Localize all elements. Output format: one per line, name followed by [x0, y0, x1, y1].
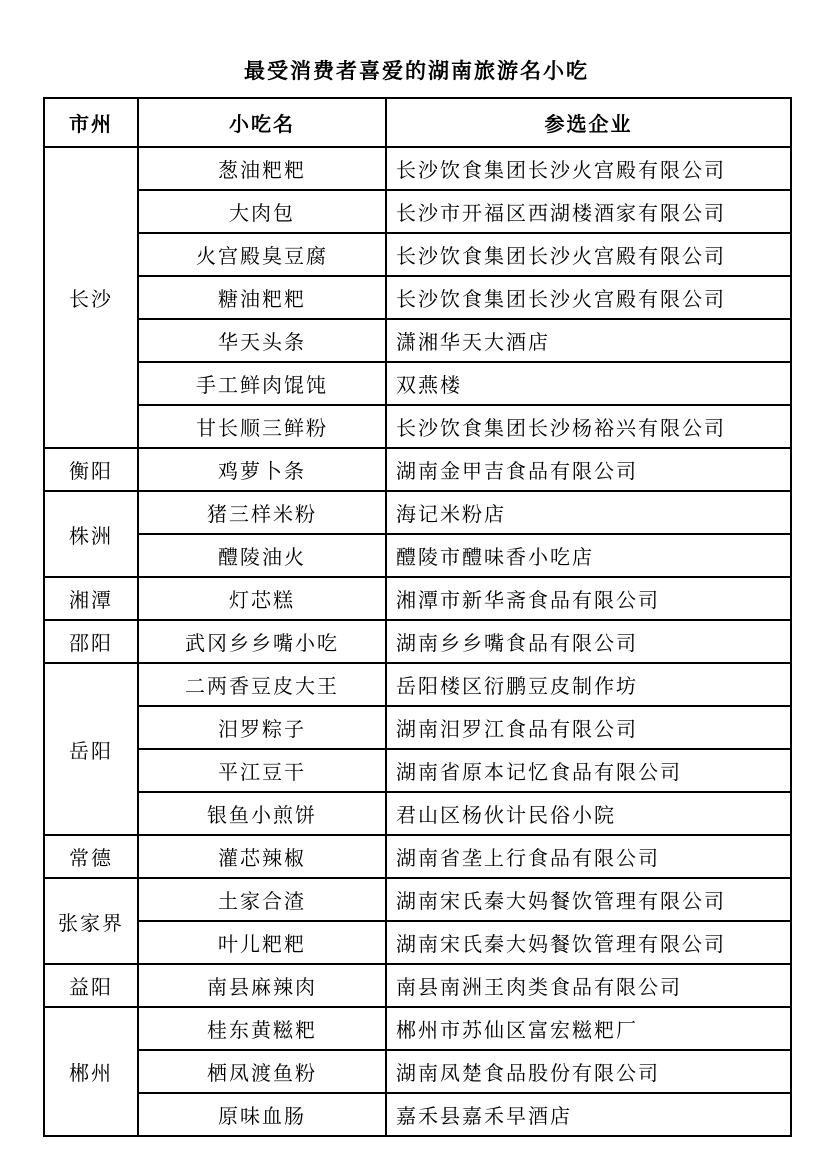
company-cell: 湖南凤楚食品股份有限公司: [386, 1050, 791, 1093]
company-cell: 湖南宋氏秦大妈餐饮管理有限公司: [386, 878, 791, 921]
company-cell: 郴州市苏仙区富宏糍粑厂: [386, 1007, 791, 1050]
table-row: 大肉包长沙市开福区西湖楼酒家有限公司: [44, 190, 791, 233]
table-row: 醴陵油火醴陵市醴味香小吃店: [44, 534, 791, 577]
company-cell: 南县南洲王肉类食品有限公司: [386, 964, 791, 1007]
company-cell: 君山区杨伙计民俗小院: [386, 792, 791, 835]
city-cell: 邵阳: [44, 620, 138, 663]
table-row: 邵阳武冈乡乡嘴小吃湖南乡乡嘴食品有限公司: [44, 620, 791, 663]
table-row: 火宫殿臭豆腐长沙饮食集团长沙火宫殿有限公司: [44, 233, 791, 276]
city-cell: 郴州: [44, 1007, 138, 1136]
table-row: 益阳南县麻辣肉南县南洲王肉类食品有限公司: [44, 964, 791, 1007]
city-cell: 衡阳: [44, 448, 138, 491]
snack-cell: 二两香豆皮大王: [138, 663, 386, 706]
snack-cell: 大肉包: [138, 190, 386, 233]
company-cell: 长沙饮食集团长沙火宫殿有限公司: [386, 147, 791, 190]
snack-cell: 灯芯糕: [138, 577, 386, 620]
snack-cell: 南县麻辣肉: [138, 964, 386, 1007]
city-cell: 益阳: [44, 964, 138, 1007]
company-cell: 湖南汨罗江食品有限公司: [386, 706, 791, 749]
company-cell: 长沙饮食集团长沙杨裕兴有限公司: [386, 405, 791, 448]
document-page: 最受消费者喜爱的湖南旅游名小吃 市州 小吃名 参选企业 长沙葱油粑粑长沙饮食集团…: [0, 0, 828, 1154]
city-cell: 株洲: [44, 491, 138, 577]
city-cell: 湘潭: [44, 577, 138, 620]
company-cell: 长沙饮食集团长沙火宫殿有限公司: [386, 276, 791, 319]
company-cell: 长沙市开福区西湖楼酒家有限公司: [386, 190, 791, 233]
company-cell: 长沙饮食集团长沙火宫殿有限公司: [386, 233, 791, 276]
snack-cell: 火宫殿臭豆腐: [138, 233, 386, 276]
company-cell: 双燕楼: [386, 362, 791, 405]
company-cell: 岳阳楼区衍鹏豆皮制作坊: [386, 663, 791, 706]
table-row: 湘潭灯芯糕湘潭市新华斋食品有限公司: [44, 577, 791, 620]
company-cell: 嘉禾县嘉禾早酒店: [386, 1093, 791, 1136]
table-row: 栖凤渡鱼粉湖南凤楚食品股份有限公司: [44, 1050, 791, 1093]
table-row: 手工鲜肉馄饨双燕楼: [44, 362, 791, 405]
table-row: 汨罗粽子湖南汨罗江食品有限公司: [44, 706, 791, 749]
table-row: 株洲猪三样米粉海记米粉店: [44, 491, 791, 534]
table-row: 衡阳鸡萝卜条湖南金甲吉食品有限公司: [44, 448, 791, 491]
table-row: 原味血肠嘉禾县嘉禾早酒店: [44, 1093, 791, 1136]
snack-cell: 鸡萝卜条: [138, 448, 386, 491]
company-cell: 湖南省垄上行食品有限公司: [386, 835, 791, 878]
company-cell: 湖南金甲吉食品有限公司: [386, 448, 791, 491]
table-row: 华天头条潇湘华天大酒店: [44, 319, 791, 362]
col-header-city: 市州: [44, 98, 138, 147]
snack-cell: 栖凤渡鱼粉: [138, 1050, 386, 1093]
company-cell: 湘潭市新华斋食品有限公司: [386, 577, 791, 620]
snack-cell: 手工鲜肉馄饨: [138, 362, 386, 405]
table-row: 糖油粑粑长沙饮食集团长沙火宫殿有限公司: [44, 276, 791, 319]
document-title: 最受消费者喜爱的湖南旅游名小吃: [43, 58, 790, 84]
snack-cell: 甘长顺三鲜粉: [138, 405, 386, 448]
snack-cell: 葱油粑粑: [138, 147, 386, 190]
snack-cell: 土家合渣: [138, 878, 386, 921]
snacks-table: 市州 小吃名 参选企业 长沙葱油粑粑长沙饮食集团长沙火宫殿有限公司大肉包长沙市开…: [43, 97, 792, 1137]
company-cell: 湖南乡乡嘴食品有限公司: [386, 620, 791, 663]
company-cell: 潇湘华天大酒店: [386, 319, 791, 362]
table-row: 张家界土家合渣湖南宋氏秦大妈餐饮管理有限公司: [44, 878, 791, 921]
snack-cell: 醴陵油火: [138, 534, 386, 577]
snack-cell: 平江豆干: [138, 749, 386, 792]
col-header-company: 参选企业: [386, 98, 791, 147]
snack-cell: 桂东黄糍粑: [138, 1007, 386, 1050]
table-row: 平江豆干湖南省原本记忆食品有限公司: [44, 749, 791, 792]
table-row: 岳阳二两香豆皮大王岳阳楼区衍鹏豆皮制作坊: [44, 663, 791, 706]
table-row: 长沙葱油粑粑长沙饮食集团长沙火宫殿有限公司: [44, 147, 791, 190]
company-cell: 湖南省原本记忆食品有限公司: [386, 749, 791, 792]
snack-cell: 武冈乡乡嘴小吃: [138, 620, 386, 663]
company-cell: 醴陵市醴味香小吃店: [386, 534, 791, 577]
header-row: 市州 小吃名 参选企业: [44, 98, 791, 147]
snack-cell: 猪三样米粉: [138, 491, 386, 534]
snack-cell: 糖油粑粑: [138, 276, 386, 319]
city-cell: 常德: [44, 835, 138, 878]
city-cell: 张家界: [44, 878, 138, 964]
snack-cell: 原味血肠: [138, 1093, 386, 1136]
table-row: 叶儿粑粑湖南宋氏秦大妈餐饮管理有限公司: [44, 921, 791, 964]
city-cell: 长沙: [44, 147, 138, 448]
col-header-snack: 小吃名: [138, 98, 386, 147]
table-row: 银鱼小煎饼君山区杨伙计民俗小院: [44, 792, 791, 835]
snack-cell: 叶儿粑粑: [138, 921, 386, 964]
table-row: 常德灌芯辣椒湖南省垄上行食品有限公司: [44, 835, 791, 878]
snack-cell: 华天头条: [138, 319, 386, 362]
company-cell: 海记米粉店: [386, 491, 791, 534]
city-cell: 岳阳: [44, 663, 138, 835]
snack-cell: 灌芯辣椒: [138, 835, 386, 878]
snack-cell: 银鱼小煎饼: [138, 792, 386, 835]
table-row: 郴州桂东黄糍粑郴州市苏仙区富宏糍粑厂: [44, 1007, 791, 1050]
company-cell: 湖南宋氏秦大妈餐饮管理有限公司: [386, 921, 791, 964]
snack-cell: 汨罗粽子: [138, 706, 386, 749]
table-row: 甘长顺三鲜粉长沙饮食集团长沙杨裕兴有限公司: [44, 405, 791, 448]
